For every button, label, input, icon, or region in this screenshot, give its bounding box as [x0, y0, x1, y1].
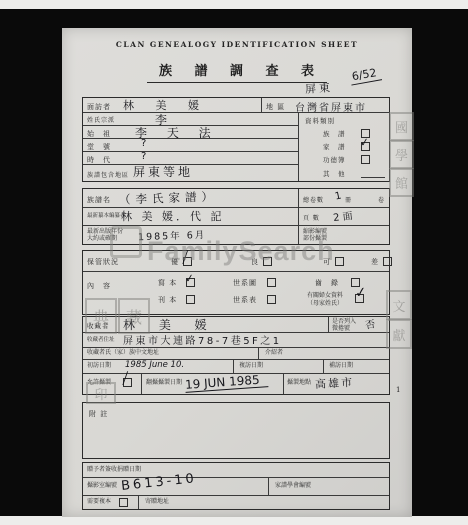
second-visit-label: 複訪日期	[239, 363, 263, 370]
film-date-label: 翻攝攝製日期	[146, 380, 182, 387]
seal-stamp-icon: 印	[86, 382, 116, 404]
notes-label: 附 註	[89, 409, 108, 419]
pages-label: 頁 數	[303, 213, 320, 222]
holder-address-label: 收藏者住址	[87, 337, 115, 344]
watermark-logo-icon	[110, 226, 142, 258]
film-date-value: 19 JUN 1985	[185, 372, 269, 393]
category-label: 資料類別	[305, 116, 335, 125]
ancestor-value: 李 天 法	[135, 124, 219, 141]
first-visit-label: 初訪日期	[87, 363, 111, 370]
content-manuscript-label: 寫 本	[158, 278, 177, 288]
area-value: 台灣省屏東市	[295, 99, 367, 114]
era-label: 時 代	[87, 155, 111, 165]
hall-value: ?	[141, 138, 146, 149]
studio-number-value: B613-10	[120, 471, 197, 494]
society-number-label: 家譜學會編號	[275, 483, 311, 490]
category-other-label: 其 他	[323, 169, 346, 178]
holder-address-value: 屏東市大連路78-7巷5F之1	[123, 332, 282, 347]
copy-needed-label: 需要複本	[87, 499, 111, 506]
chinese-title: 族 譜 調 查 表	[147, 60, 327, 83]
content-label: 內 容	[87, 281, 111, 291]
content-lineage-table-label: 世系表	[233, 295, 257, 305]
permit-checkbox: ╱	[123, 378, 132, 387]
condition-poor-checkbox	[383, 257, 392, 266]
listed-value: 否	[364, 315, 376, 332]
hall-label: 堂 號	[87, 142, 111, 152]
condition-label: 保管狀況	[87, 257, 119, 267]
lineage-table-checkbox	[267, 295, 276, 304]
content-lineage-chart-label: 世系圖	[233, 278, 257, 288]
volumes-label: 總卷數	[303, 195, 324, 204]
seal-stamp-icon: 館	[389, 168, 414, 197]
pages-value: 2 面	[332, 207, 353, 224]
area-label: 地 區	[266, 102, 285, 112]
seal-stamp-icon: 文	[386, 290, 412, 320]
seal-stamp-icon: 典	[85, 298, 117, 334]
first-visit-value: 1985 June 10.	[125, 360, 184, 370]
manuscript-checkbox: ✓	[186, 278, 195, 287]
category-family-label: 家 譜	[323, 142, 346, 151]
chinese-address-label: 收藏者氏（家）族中文地址	[87, 350, 159, 357]
familysearch-watermark: FamilySearch	[147, 236, 335, 267]
region-label: 族譜包含地區	[87, 170, 129, 179]
english-title: CLAN GENEALOGY IDENTIFICATION SHEET	[62, 40, 412, 49]
table-footer: 贈予者簽收捐贈日期 攝影室編號 B613-10 家譜學會編號 需要複本 寄贈地址	[82, 462, 390, 510]
volumes-unit2: 卷	[378, 195, 385, 204]
book-title-value: （李氏家譜）	[119, 188, 218, 207]
other-fill-line	[361, 177, 385, 178]
donor-sign-label: 贈予者簽收捐贈日期	[87, 467, 141, 474]
scan-edge-bottom	[0, 516, 468, 525]
lineage-chart-checkbox	[267, 278, 276, 287]
genealogy-form-paper: CLAN GENEALOGY IDENTIFICATION SHEET 族 譜 …	[62, 28, 412, 517]
content-age-record-label: 齒 錄	[315, 278, 339, 288]
region-value: 屏東等地	[133, 163, 193, 180]
scanned-document-scene: CLAN GENEALOGY IDENTIFICATION SHEET 族 譜 …	[0, 0, 468, 525]
compiler-label: 最新纂本編纂者	[87, 213, 126, 220]
category-clan-label: 族 譜	[323, 129, 346, 138]
listed-label-line2: 微捲號	[332, 326, 350, 333]
ancestor-label: 始 祖	[87, 129, 111, 139]
handwritten-region: 屏東	[304, 79, 333, 97]
content-women-sublabel: （母家姓氏）	[307, 301, 343, 308]
volumes-unit1: 冊	[345, 195, 352, 204]
seal-stamp-icon: 獻	[386, 319, 412, 349]
mailing-address-label: 寄贈地址	[145, 499, 169, 506]
compiler-value: 林 美 媛．代 記	[121, 208, 225, 224]
content-women-label: 有關婦女資料	[307, 293, 343, 300]
seal-stamp-icon: 學	[389, 140, 414, 169]
volumes-value: 1	[334, 190, 343, 202]
era-value: ?	[141, 151, 146, 162]
third-visit-label: 補訪日期	[329, 363, 353, 370]
copy-needed-checkbox	[119, 498, 128, 507]
table-identity: 面訪者 林 美 媛 地 區 台灣省屏東市 姓氏宗派 李 始 祖 李 天 法 堂 …	[82, 97, 390, 182]
family-genealogy-checkbox: ✓	[361, 142, 370, 151]
category-merit-label: 功德簿	[323, 155, 346, 164]
film-place-value: 高雄市	[315, 374, 355, 392]
printed-edition-checkbox	[186, 295, 195, 304]
seal-stamp-icon: 藏	[118, 298, 150, 334]
surname-label: 姓氏宗派	[87, 115, 115, 124]
page-number: 1	[396, 386, 401, 394]
interviewer-label: 面訪者	[87, 102, 111, 112]
content-printed-label: 刊 本	[158, 295, 177, 305]
introducer-label: 介紹者	[265, 350, 283, 357]
studio-number-label: 攝影室編號	[87, 483, 117, 490]
film-place-label: 攝製地點	[287, 380, 311, 387]
notes-box: 附 註	[82, 402, 390, 459]
book-title-label: 族譜名	[87, 195, 111, 205]
merit-book-checkbox	[361, 155, 370, 164]
women-data-checkbox: ✓	[355, 294, 364, 303]
condition-fair-checkbox	[335, 257, 344, 266]
seal-stamp-icon: 國	[389, 112, 414, 141]
condition-poor-label: 差	[371, 257, 379, 267]
scan-edge-top	[0, 0, 468, 9]
